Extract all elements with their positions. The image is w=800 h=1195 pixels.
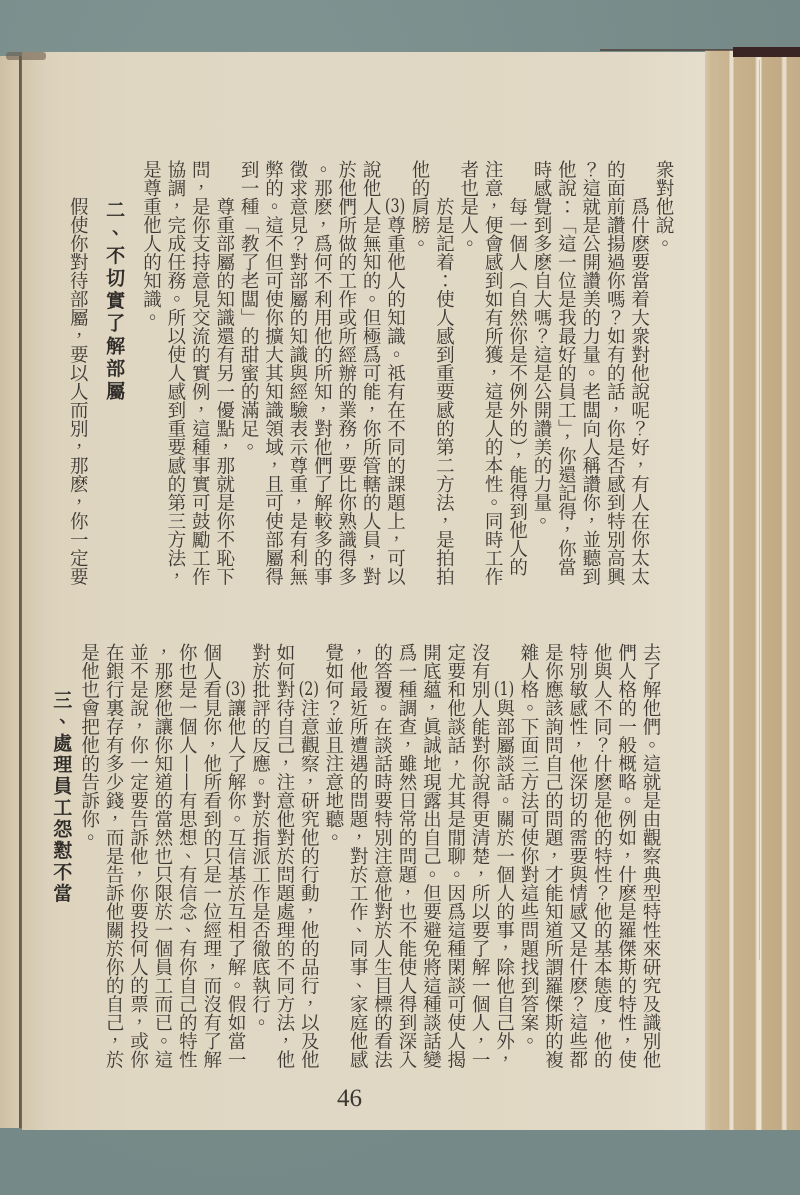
text-column: 沒有別人能對你說得更清楚，所以要了解一個人，一 xyxy=(467,643,491,1075)
text-column: (2)注意觀察，研究他的行動，他的品行，以及他 xyxy=(296,643,320,1075)
text-column: 的答覆。在談話時要特別注意他對於人生目標的看法 xyxy=(369,643,393,1075)
text-column: ，他最近所遭遇的問題，對於工作、同事、家庭他感 xyxy=(345,643,369,1075)
section-heading: 三、處理員工怨懟不當 xyxy=(46,643,76,1075)
lower-text-section: 去了解他們。這就是由觀察典型特性來研究及識別他 們人格的一般概略。例如，什麽是羅… xyxy=(46,643,662,1075)
text-column: 在銀行裏存有多少錢，而是告訴他關於你的自己，於 xyxy=(101,643,125,1075)
text-column: 去了解他們。這就是由觀察典型特性來研究及識別他 xyxy=(638,643,662,1075)
text-column: 時感覺到多麽自大嗎？這是公開讚美的力量。 xyxy=(529,160,553,592)
text-column: 是他也會把他的告訴你。 xyxy=(76,643,100,1075)
text-column: (3)讓他人了解你。互信基於互相了解。假如當一 xyxy=(223,643,247,1075)
text-column: 並不是說，你一定要告訴他，你要投何人的票，或你 xyxy=(125,643,149,1075)
text-column: 覺如何？並且注意地聽。 xyxy=(320,643,344,1075)
text-column: 你也是一個人——有思想、有信念、有你自己的特性 xyxy=(174,643,198,1075)
text-column: 協調，完成任務。所以使人感到重要感的第三方法， xyxy=(162,160,186,592)
text-column: 弊的。這不但可使你擴大其知識領域，且可使部屬得 xyxy=(260,160,284,592)
text-column: 問，是你支持意見交流的實例，這種事實可鼓勵工作 xyxy=(187,160,211,592)
list-marker: (3) xyxy=(225,680,246,699)
text-column: 爲什麽要當着大衆對他說呢？好，有人在你太太 xyxy=(626,160,650,592)
text-column: 對於批評的反應。對於指派工作是否徹底執行。 xyxy=(247,643,271,1075)
page-stack-edge xyxy=(705,50,800,1130)
text-column: 。那麽，爲何不利用他的所知，對他們了解較多的事 xyxy=(309,160,333,592)
page-stack-mark xyxy=(759,60,760,960)
text-column: 定要和他談話，尤其是閒聊。因爲這種閑談可使人揭 xyxy=(442,643,466,1075)
text-column: 的面前讚揚過你嗎？如有的話，你是否感到特別高興 xyxy=(602,160,626,592)
text-column: 他說：「這一位是我最好的員工」，你還記得，你當 xyxy=(553,160,577,592)
text-column: 們人格的一般概略。例如，什麽是羅傑斯的特性，使 xyxy=(613,643,637,1075)
text-column: 如何對待自己，注意他對於問題處理的不同方法，他 xyxy=(272,643,296,1075)
text-column: 每一個人（自然你是不例外的），能得到他人的 xyxy=(504,160,528,592)
text-column: (1)與部屬談話。關於一個人的事，除他自己外， xyxy=(491,643,515,1075)
top-edge-shadow xyxy=(600,49,735,51)
text-column: 徵求意見？對部屬的知識與經驗表示尊重，是有利無 xyxy=(285,160,309,592)
section-heading: 二、不切實了解部屬 xyxy=(89,160,138,592)
text-column: 於是記着：使人感到重要感的第二方法，是拍拍 xyxy=(431,160,455,592)
list-marker: (1) xyxy=(494,680,515,699)
list-marker: (2) xyxy=(298,680,319,699)
text-column: ，那麽他讓你知道的當然也只限於一個員工而已。這 xyxy=(149,643,173,1075)
text-column: 衆對他說。 xyxy=(651,160,675,592)
text-column: 者也是人。 xyxy=(455,160,479,592)
book-cover-edge xyxy=(733,47,800,57)
text-column: 說他人是無知的。但極爲可能，你所管轄的人員，對 xyxy=(358,160,382,592)
text-column: 他的肩膀。 xyxy=(407,160,431,592)
upper-text-section: 衆對他說。 爲什麽要當着大衆對他說呢？好，有人在你太太 的面前讚揚過你嗎？如有的… xyxy=(65,160,675,592)
text-column: (3)尊重他人的知識。祗有在不同的課題上，可以 xyxy=(382,160,406,592)
list-marker: (3) xyxy=(385,197,406,216)
text-column: 他與人不同？什麽是他的特性？他的基本態度，他的 xyxy=(589,643,613,1075)
text-column: ？這就是公開讚美的力量。老闆向人稱讚你，並聽到 xyxy=(577,160,601,592)
text-column: 於他們所做的工作或所經辦的業務，要比你熟識得多 xyxy=(333,160,357,592)
text-column: 是你應該詢問自己的問題，才能知道所謂羅傑斯的複 xyxy=(540,643,564,1075)
text-column: 個人看見你，他所看到的只是一位經理，而沒有了解 xyxy=(198,643,222,1075)
book-gutter xyxy=(19,56,22,1128)
page-corner-wear xyxy=(6,52,46,60)
text-column: 到一種「教了老闆」的甜蜜的滿足。 xyxy=(236,160,260,592)
text-column: 假使你對待部屬，要以人而別，那麽，你一定要 xyxy=(65,160,89,592)
text-column: 爲一種調查，雖然日常的問題，也不能使人得到深入 xyxy=(394,643,418,1075)
text-column: 注意，便會感到如有所獲，這是人的本性。同時工作 xyxy=(480,160,504,592)
text-column: 尊重部屬的知識還有另一優點，那就是你不恥下 xyxy=(211,160,235,592)
text-column: 雜人格。下面三方法可使你對這些問題找到答案。 xyxy=(516,643,540,1075)
page-number: 46 xyxy=(337,1086,362,1111)
text-column: 開底蘊，眞誠地現露出自己。但要避免將這種談話變 xyxy=(418,643,442,1075)
text-column: 特別敏感性，他深切的需要與情感又是什麽？這些都 xyxy=(564,643,588,1075)
text-column: 是尊重他人的知識。 xyxy=(138,160,162,592)
previous-page-edge xyxy=(0,56,20,1128)
